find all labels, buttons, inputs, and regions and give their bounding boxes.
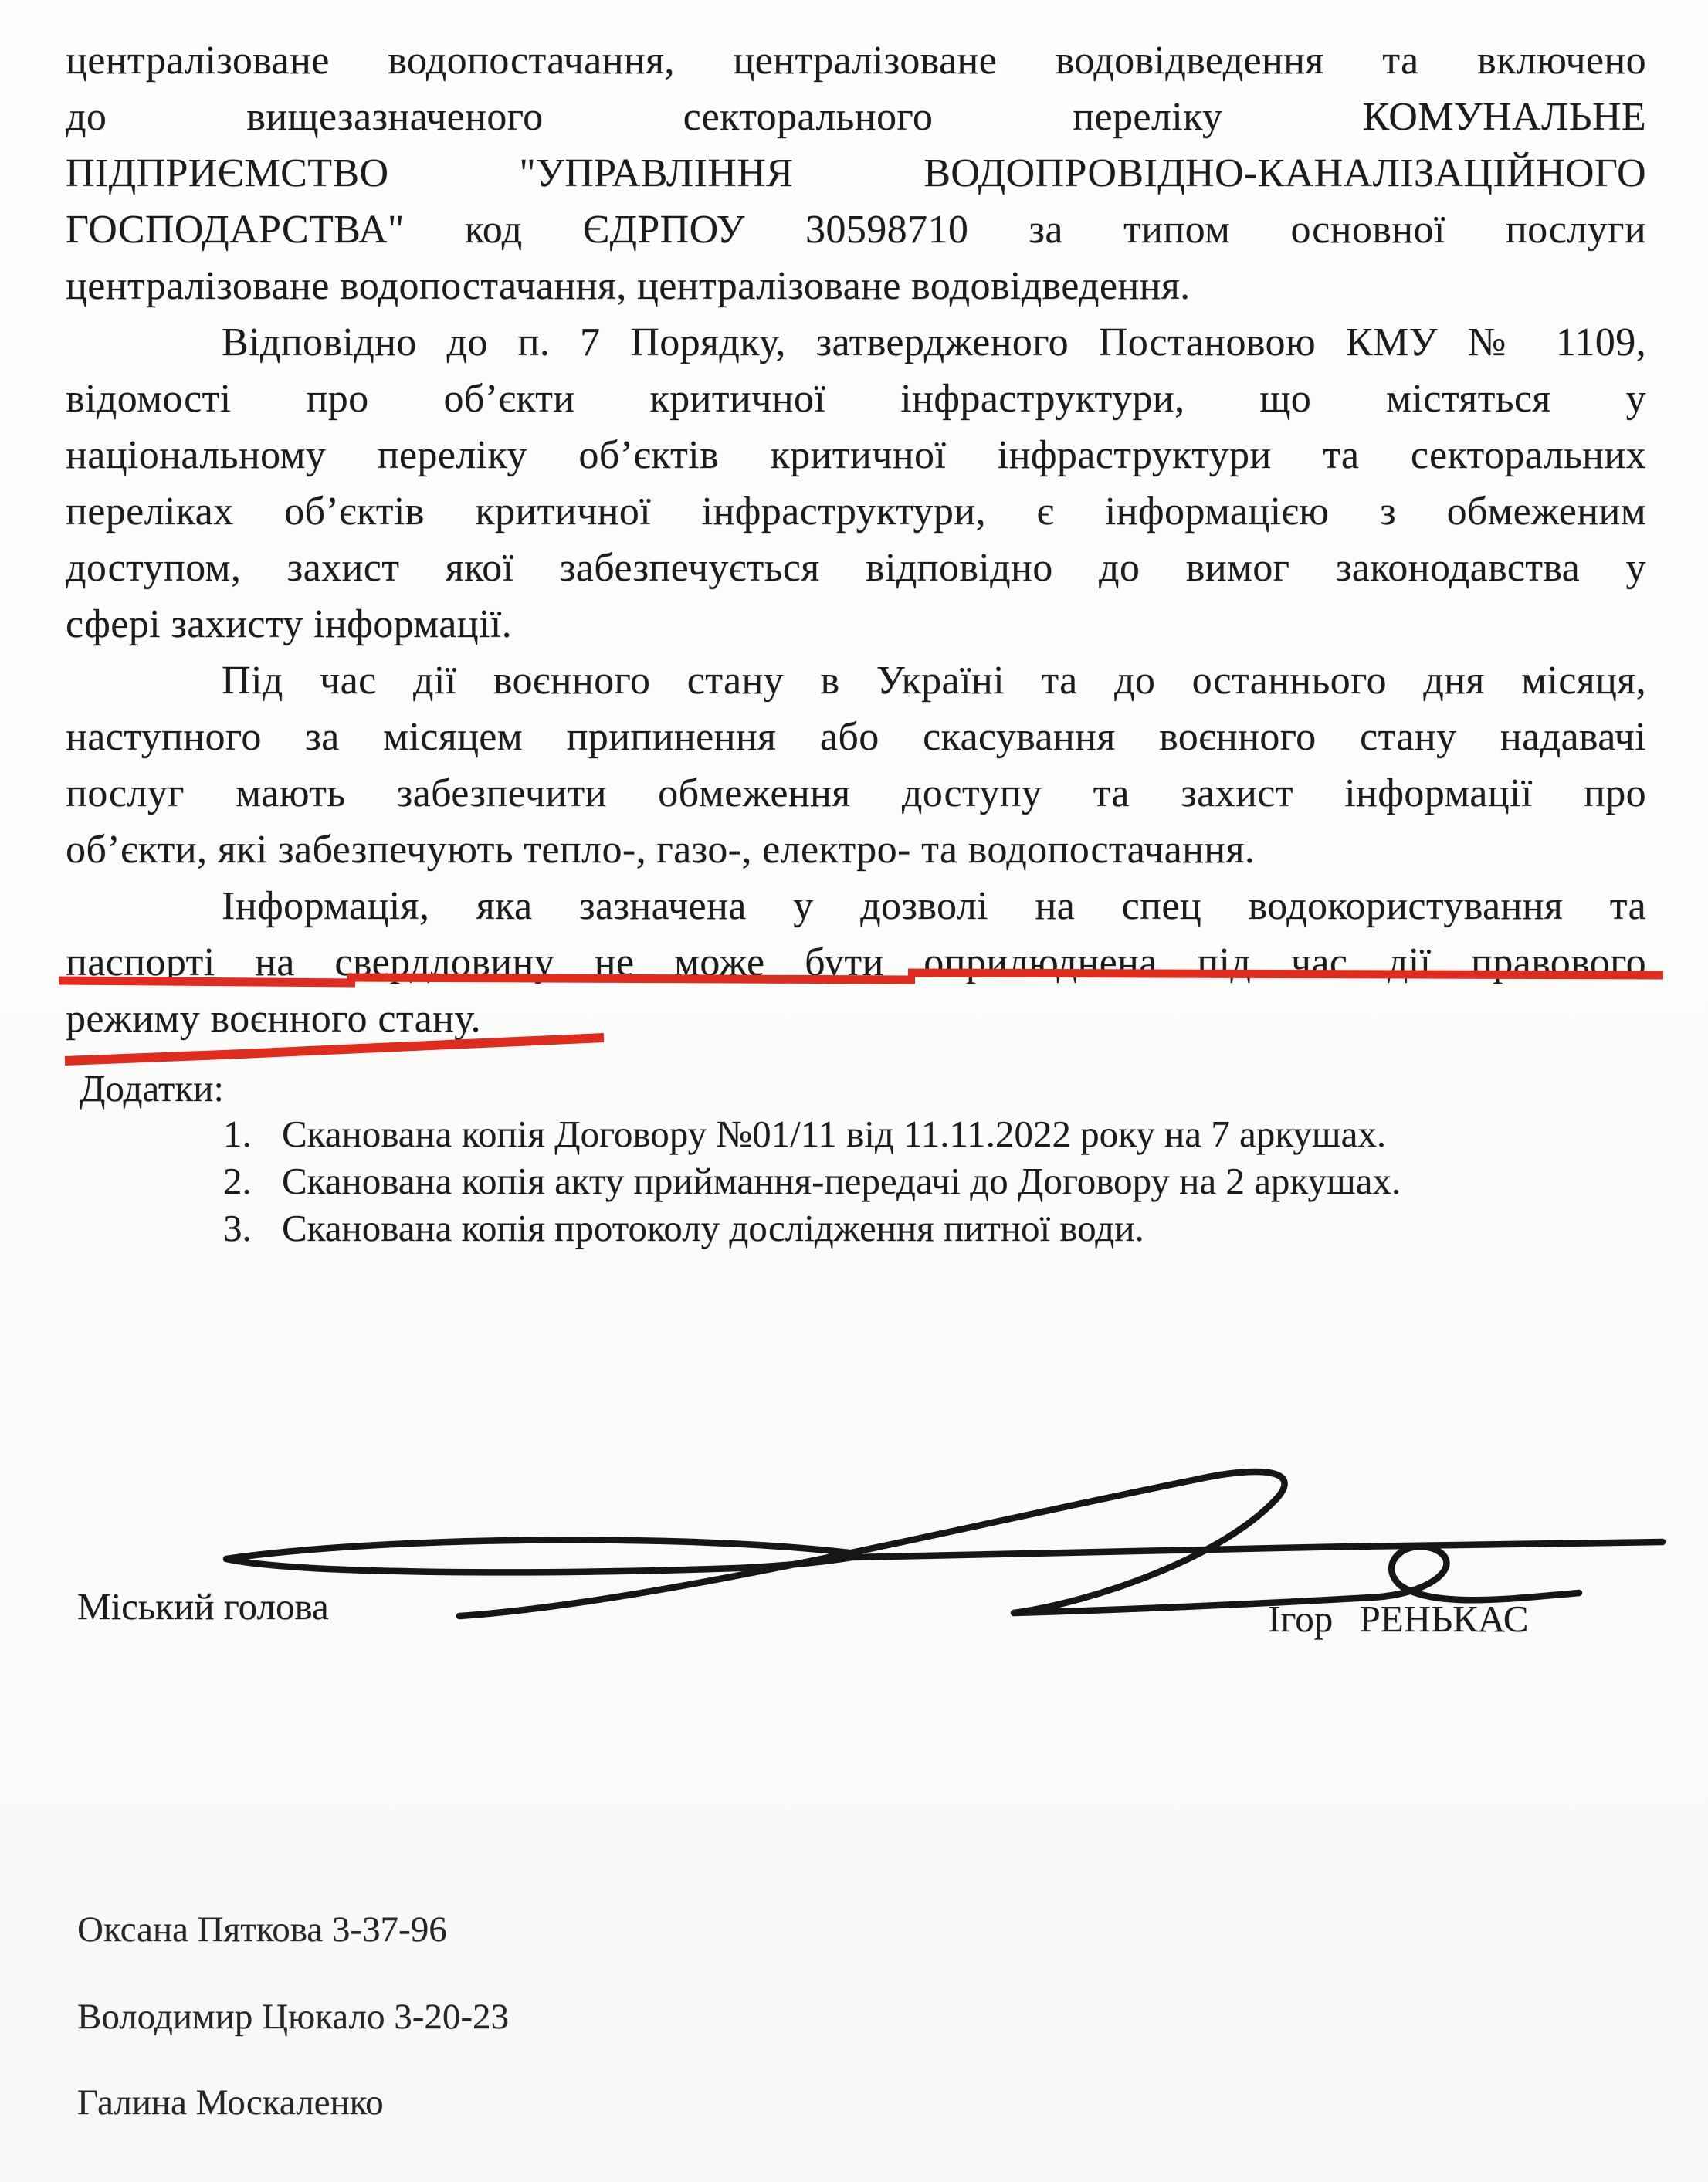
text-line: режиму воєнного стану.	[66, 991, 1646, 1047]
paragraph-3: Під час дії воєнного стану в Україні та …	[66, 652, 1646, 878]
attachment-number: 1.	[223, 1110, 282, 1157]
text-line: сфері захисту інформації.	[66, 596, 1646, 652]
contact-line-1: Оксана Пяткова 3-37-96	[77, 1909, 447, 1950]
attachment-number: 2.	[223, 1157, 282, 1205]
attachment-text: Сканована копія Договору №01/11 від 11.1…	[282, 1110, 1386, 1157]
attachment-text: Сканована копія акту приймання-передачі …	[282, 1157, 1401, 1205]
text-line: об’єкти, які забезпечують тепло-, газо-,…	[66, 822, 1646, 878]
text-line: доступом, захист якої забезпечується від…	[66, 540, 1646, 596]
signatory-name: Ігор РЕНЬКАС	[1268, 1597, 1528, 1641]
attachment-text: Сканована копія протоколу дослідження пи…	[282, 1205, 1144, 1252]
text-line: відомості про об’єкти критичної інфрастр…	[66, 371, 1646, 427]
text-line: до вищезазначеного секторального перелік…	[66, 89, 1646, 145]
attachment-number: 3.	[223, 1205, 282, 1252]
text-line: наступного за місяцем припинення або ска…	[66, 709, 1646, 765]
text-line: централізоване водопостачання, централіз…	[66, 258, 1646, 314]
paragraph-1: централізоване водопостачання, централіз…	[66, 32, 1646, 314]
attachment-item-2: 2. Сканована копія акту приймання-переда…	[223, 1157, 1624, 1205]
signatory-role: Міський голова	[77, 1584, 329, 1628]
text-line: паспорті на свердловину не може бути опр…	[66, 934, 1646, 991]
contact-line-3: Галина Москаленко	[77, 2082, 384, 2123]
letter-body: централізоване водопостачання, централіз…	[66, 32, 1646, 1047]
signature-stroke-left	[226, 1540, 1662, 1572]
attachment-item-1: 1. Сканована копія Договору №01/11 від 1…	[223, 1110, 1624, 1157]
text-line: Відповідно до п. 7 Порядку, затвердженог…	[66, 314, 1646, 371]
paragraph-4: Інформація, яка зазначена у дозволі на с…	[66, 878, 1646, 1047]
text-line: централізоване водопостачання, централіз…	[66, 32, 1646, 89]
paragraph-2: Відповідно до п. 7 Порядку, затвердженог…	[66, 314, 1646, 652]
attachment-item-3: 3. Сканована копія протоколу дослідження…	[223, 1205, 1624, 1252]
text-line: послуг мають забезпечити обмеження досту…	[66, 765, 1646, 822]
scanned-letter-page: централізоване водопостачання, централіз…	[0, 0, 1708, 2182]
text-line: переліках об’єктів критичної інфраструкт…	[66, 483, 1646, 540]
text-line: ПІДПРИЄМСТВО "УПРАВЛІННЯ ВОДОПРОВІДНО-КА…	[66, 145, 1646, 202]
text-line: ГОСПОДАРСТВА" код ЄДРПОУ 30598710 за тип…	[66, 202, 1646, 258]
contact-line-2: Володимир Цюкало 3-20-23	[77, 1996, 509, 2038]
text-line: Під час дії воєнного стану в Україні та …	[66, 652, 1646, 709]
signature-stroke-flourish	[459, 1472, 1579, 1616]
attachments-section: Додатки: 1. Сканована копія Договору №01…	[80, 1067, 1624, 1252]
text-line: Інформація, яка зазначена у дозволі на с…	[66, 878, 1646, 934]
text-line: національному переліку об’єктів критично…	[66, 427, 1646, 483]
attachments-label: Додатки:	[80, 1067, 1624, 1110]
